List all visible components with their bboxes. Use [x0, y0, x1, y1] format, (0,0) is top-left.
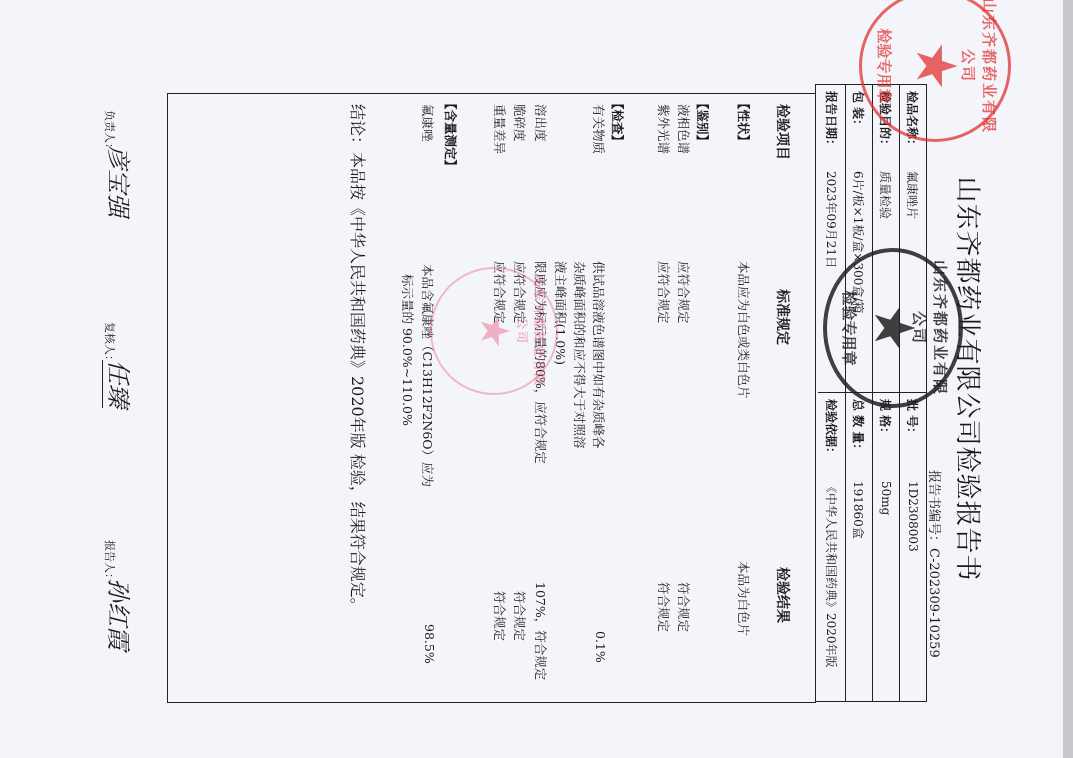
examination-item-name: 重量差异 [491, 104, 509, 154]
packaging-value: 6片/板×1板/盒×300盒/箱 [846, 171, 872, 313]
report-number: 报告书编号：C-202309-10259 [926, 470, 945, 658]
batch-number-value: 1D2308003 [900, 481, 926, 552]
section-heading-examination: 【检查】 [609, 97, 627, 147]
column-divider [818, 392, 845, 393]
examination-item-name: 有关物质 [590, 104, 608, 154]
examination-item-standard: 供试品溶液色谱图中如有杂质峰各杂质峰面积的和应不得大于对照溶液主峰面积(1.0%… [551, 261, 608, 454]
total-quantity-value: 191860盒 [846, 481, 872, 539]
column-header-item: 检验项目 [773, 104, 793, 160]
column-header-standard: 标准规定 [773, 289, 793, 345]
column-divider [846, 392, 872, 393]
character-standard: 本品应为白色或类白色片 [735, 261, 753, 399]
header-info-table: 检品名称： 氟康唑片 批 号： 1D2308003 检验目的： 质量检验 规 格… [815, 84, 927, 702]
examination-item-result: 符合规定 [511, 591, 529, 641]
results-box: 检验项目 标准规定 检验结果 【性状】 本品应为白色或类白色片 本品为白色片 【… [167, 93, 816, 703]
examination-item-result: 0.1% [593, 631, 608, 663]
conclusion-text: 结论：本品按《中华人民共和国药典》2020年版 检验，结果符合规定。 [347, 104, 370, 614]
section-heading-character: 【性状】 [735, 97, 753, 147]
assay-item-standard-line2: 标示量的 90.0%~110.0% [399, 274, 417, 426]
total-quantity-label: 总 数 量： [846, 399, 872, 455]
header-row: 检品名称： 氟康唑片 批 号： 1D2308003 [899, 85, 926, 701]
examination-item-standard: 限度应为标示量的80%，应符合规定 [532, 261, 550, 464]
report-date-label: 报告日期： [818, 91, 845, 151]
signature-reviewer: 任臻 [102, 360, 138, 408]
assay-item-name: 氟康唑 [419, 104, 437, 142]
assay-item-standard-line1: 本品含氟康唑（C13H12F2N6O）应为 [419, 264, 437, 487]
identification-item-result: 符合规定 [655, 582, 673, 632]
product-name-value: 氟康唑片 [900, 171, 926, 219]
section-heading-assay: 【含量测定】 [442, 97, 460, 172]
purpose-value: 质量检验 [873, 171, 899, 219]
identification-item-result: 符合规定 [675, 582, 693, 632]
signature-reporter: 孙红霞 [103, 578, 138, 650]
header-row: 检验目的： 质量检验 规 格： 50mg [872, 85, 899, 701]
report-title: 山东齐都药业有限公司检验报告书 [951, 0, 988, 758]
identification-item-standard: 应符合规定 [655, 261, 673, 324]
column-divider [900, 392, 926, 393]
inspection-report-page: 山东齐都药业有限公司检验报告书 报告书编号：C-202309-10259 检品名… [0, 0, 1073, 758]
signature-responsible: 彦宝强 [103, 145, 138, 217]
spec-label: 规 格： [873, 399, 899, 439]
batch-number-label: 批 号： [900, 399, 926, 439]
spec-value: 50mg [873, 481, 899, 515]
column-header-result: 检验结果 [773, 567, 793, 623]
identification-item-standard: 应符合规定 [675, 261, 693, 324]
header-row: 报告日期： 2023年09月21日 检验依据： 《中华人民共和国药典》2020年… [818, 85, 845, 701]
packaging-label: 包 装： [846, 91, 872, 131]
report-number-label: 报告书编号： [926, 470, 941, 548]
section-heading-identification: 【鉴别】 [694, 97, 712, 147]
header-row: 包 装： 6片/板×1板/盒×300盒/箱 总 数 量： 191860盒 [845, 85, 872, 701]
examination-item-result: 符合规定 [491, 591, 509, 641]
character-result: 本品为白色片 [735, 561, 753, 636]
examination-item-name: 溶出度 [532, 104, 550, 142]
product-name-label: 检品名称： [900, 91, 926, 151]
assay-item-result: 98.5% [422, 624, 437, 664]
examination-item-result: 107%，符合规定 [532, 582, 550, 680]
purpose-label: 检验目的： [873, 91, 899, 151]
examination-item-standard: 应符合规定 [491, 261, 509, 324]
column-divider [873, 392, 899, 393]
basis-label: 检验依据： [818, 399, 845, 459]
report-date-value: 2023年09月21日 [818, 171, 845, 268]
examination-item-name: 脆碎度 [511, 104, 529, 142]
examination-item-standard: 应符合规定 [511, 261, 529, 324]
report-number-value: C-202309-10259 [926, 548, 941, 658]
identification-item-name: 液相色谱 [675, 104, 693, 154]
basis-value: 《中华人民共和国药典》2020年版 [818, 481, 845, 668]
identification-item-name: 紫外光谱 [655, 104, 673, 154]
